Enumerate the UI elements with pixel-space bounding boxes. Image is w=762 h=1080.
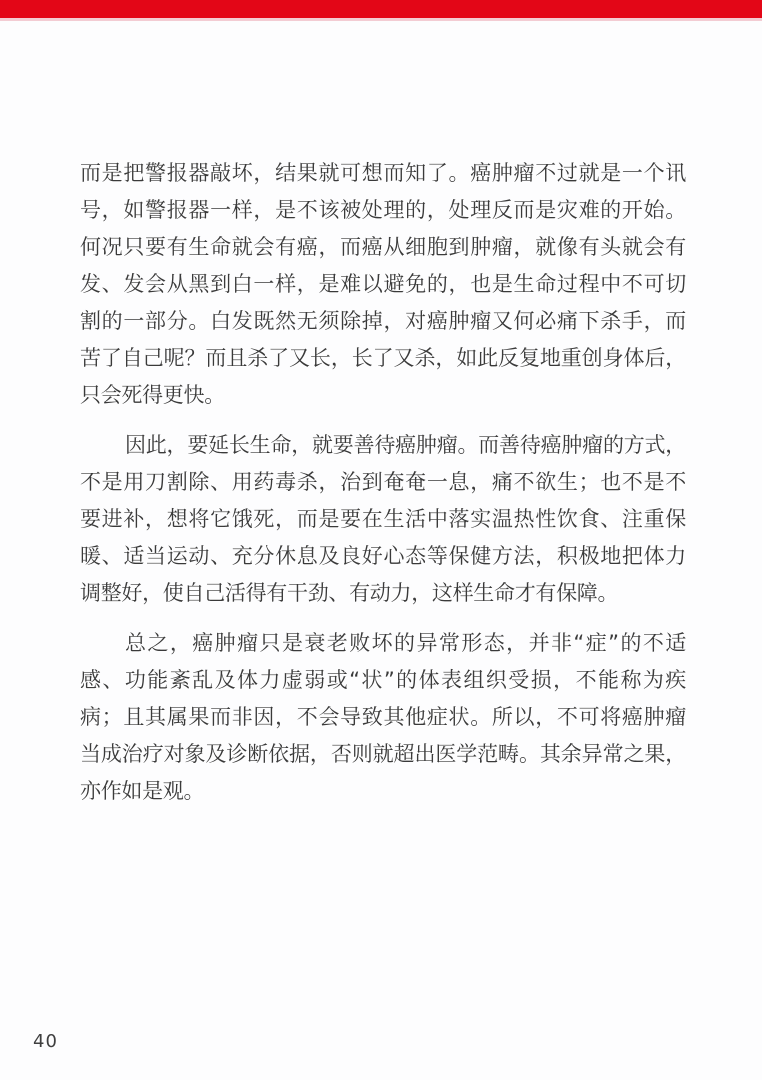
text-line: 当成治疗对象及诊断依据，否则就超出医学范畴。其余异常之果， <box>80 736 686 773</box>
text-line: 因此，要延长生命，就要善待癌肿瘤。而善待癌肿瘤的方式， <box>80 427 686 464</box>
text-line: 苦了自己呢？而且杀了又长，长了又杀，如此反复地重创身体后， <box>80 340 686 377</box>
text-line: 病；且其属果而非因，不会导致其他症状。所以，不可将癌肿瘤 <box>80 699 686 736</box>
page-number: 40 <box>33 1030 58 1054</box>
text-line: 而是把警报器敲坏，结果就可想而知了。癌肿瘤不过就是一个讯 <box>80 155 686 192</box>
text-line: 何况只要有生命就会有癌，而癌从细胞到肿瘤，就像有头就会有 <box>80 229 686 266</box>
text-line: 亦作如是观。 <box>80 773 686 810</box>
paragraph: 总之，癌肿瘤只是衰老败坏的异常形态，并非“症”的不适感、功能紊乱及体力虚弱或“状… <box>80 625 686 810</box>
text-line: 感、功能紊乱及体力虚弱或“状”的体表组织受损，不能称为疾 <box>80 662 686 699</box>
text-line: 发、发会从黑到白一样，是难以避免的，也是生命过程中不可切 <box>80 266 686 303</box>
text-line: 暖、适当运动、充分休息及良好心态等保健方法，积极地把体力 <box>80 538 686 575</box>
text-line: 不是用刀割除、用药毒杀，治到奄奄一息，痛不欲生；也不是不 <box>80 464 686 501</box>
text-line: 要进补，想将它饿死，而是要在生活中落实温热性饮食、注重保 <box>80 501 686 538</box>
text-line: 调整好，使自己活得有干劲、有动力，这样生命才有保障。 <box>80 575 686 612</box>
paragraph: 因此，要延长生命，就要善待癌肿瘤。而善待癌肿瘤的方式，不是用刀割除、用药毒杀，治… <box>80 427 686 612</box>
text-line: 总之，癌肿瘤只是衰老败坏的异常形态，并非“症”的不适 <box>80 625 686 662</box>
top-red-bar <box>0 0 762 18</box>
text-line: 割的一部分。白发既然无须除掉，对癌肿瘤又何必痛下杀手，而 <box>80 303 686 340</box>
text-line: 号，如警报器一样，是不该被处理的，处理反而是灾难的开始。 <box>80 192 686 229</box>
scanned-book-page: 而是把警报器敲坏，结果就可想而知了。癌肿瘤不过就是一个讯号，如警报器一样，是不该… <box>0 0 762 1080</box>
paragraph: 而是把警报器敲坏，结果就可想而知了。癌肿瘤不过就是一个讯号，如警报器一样，是不该… <box>80 155 686 414</box>
text-line: 只会死得更快。 <box>80 377 686 414</box>
body-text-block: 而是把警报器敲坏，结果就可想而知了。癌肿瘤不过就是一个讯号，如警报器一样，是不该… <box>80 155 686 823</box>
